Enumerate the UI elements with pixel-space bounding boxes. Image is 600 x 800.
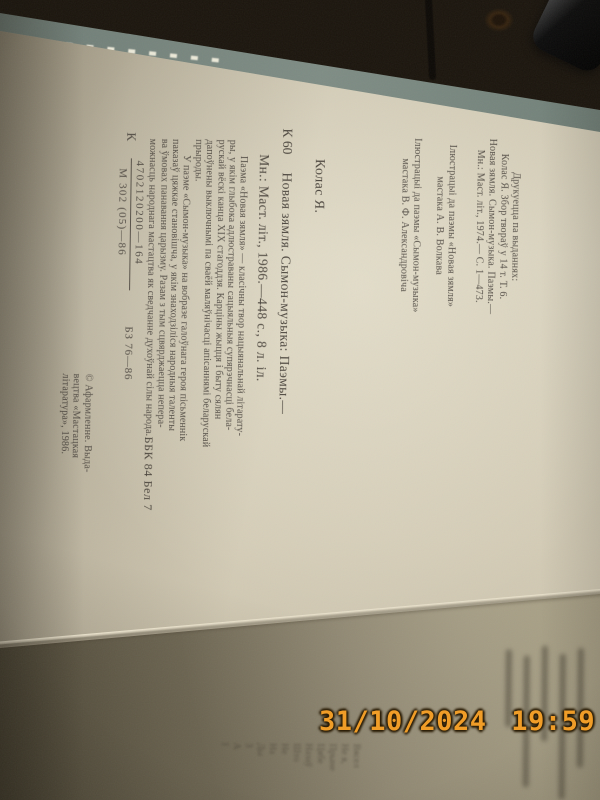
catalog-number-prefix: К: [123, 132, 139, 141]
blurred-fragment: А: [231, 743, 241, 750]
catalog-fraction-rule: [129, 158, 132, 290]
catalog-entry-publisher: Мн.: Маст. літ., 1986.—448 с., 8 л. іл.: [253, 154, 272, 382]
illustration-credits-block: Ілюстрацыі да паэмы «Новая зямля» мастак…: [396, 102, 458, 349]
blurred-fragment: Назаў: [303, 743, 313, 767]
blurred-fragment: Ды: [255, 743, 265, 756]
copyright-block: © Афармленне. Выда- вецтва «Мастацкая лі…: [58, 373, 94, 472]
blurred-fragment: З: [243, 743, 253, 748]
camera-timestamp: 31/10/2024 19:59: [319, 706, 595, 737]
catalog-entry-index: К 60: [279, 128, 295, 154]
blurred-fragment: Вясел: [351, 744, 361, 768]
copyright-line: © Афармленне. Выда-: [81, 374, 94, 473]
blurred-fragment: Прыне: [327, 744, 337, 771]
imprint-page-text: Друкуецца па выданнях: Колас Я. Збор тво…: [47, 75, 535, 524]
blurred-fragment: На: [267, 743, 277, 754]
author-name: Колас Я.: [310, 159, 327, 214]
annotation-paragraph-1: Паэма «Новая зямля» — класічны твор нацы…: [188, 139, 249, 476]
wood-knot: [484, 8, 514, 32]
catalog-entry-title: Новая зямля. Сымон-музыка: Паэмы.—: [275, 172, 294, 414]
blurred-fragment: Што: [291, 743, 301, 761]
blurred-fragment: Цябе: [315, 744, 325, 764]
copyright-line: вецтва «Мастацкая: [70, 374, 83, 473]
blurred-fragment: Не: [279, 743, 289, 754]
printed-from-editions-block: Друкуецца па выданнях: Колас Я. Збор тво…: [471, 103, 522, 350]
catalog-number-denominator: М 302 (05)—86: [116, 168, 129, 256]
annotation-paragraph-2: У паэме «Сымон-музыка» на вобразе галоўн…: [143, 139, 192, 476]
catalog-series-code: БЗ 76—86: [122, 326, 135, 380]
blurred-fragment: Не я,: [339, 744, 349, 764]
catalog-number-numerator: 4702120200—164: [132, 160, 145, 265]
bbk-classification: ББК 84 Бел 7: [140, 437, 156, 511]
book-photo: Друкуецца па выданнях: Колас Я. Збор тво…: [0, 0, 600, 800]
blurred-fragment: І: [219, 743, 229, 746]
